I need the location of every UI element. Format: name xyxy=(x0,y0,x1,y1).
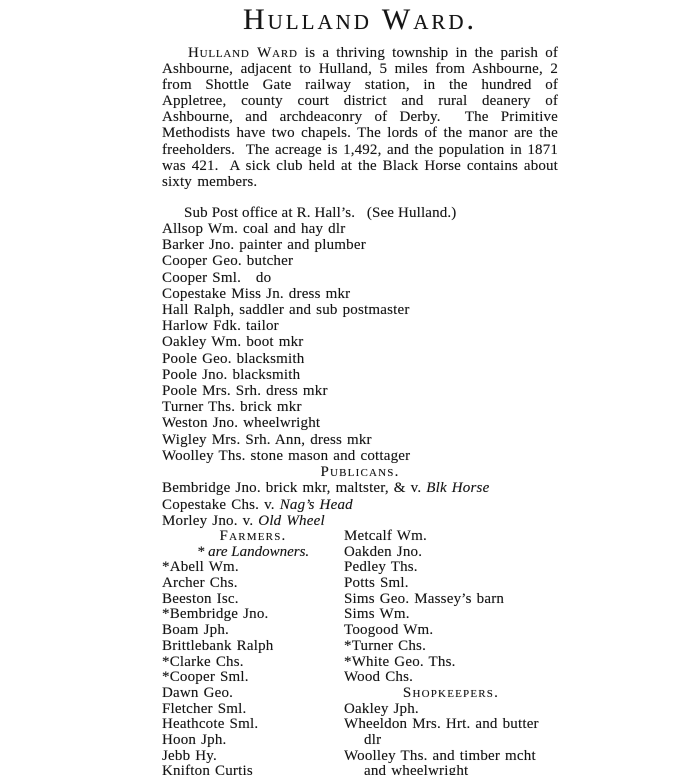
farmer-entry: Boam Jph. xyxy=(162,623,344,639)
publican-house: Blk Horse xyxy=(426,480,489,496)
intro-paragraph: Hulland Ward is a thriving township in t… xyxy=(162,45,558,190)
resident-entry: Cooper Sml. do xyxy=(162,270,558,286)
farmer-entry: Knifton Curtis xyxy=(162,764,344,775)
shopkeeper-entry: Oakley Jph. xyxy=(344,702,558,718)
farmer-entry: Potts Sml. xyxy=(344,576,558,592)
farmer-entry: Sims Geo. Massey’s barn xyxy=(344,592,558,608)
resident-entry: Wigley Mrs. Srh. Ann, dress mkr xyxy=(162,432,558,448)
resident-entry: Poole Geo. blacksmith xyxy=(162,351,558,367)
resident-entry: Cooper Geo. butcher xyxy=(162,253,558,269)
publican-house: Nag’s Head xyxy=(280,497,353,513)
farmer-entry: Dawn Geo. xyxy=(162,686,344,702)
shopkeeper-entry: Woolley Ths. and timber mcht and wheelwr… xyxy=(344,749,558,775)
shopkeeper-entry: Wheeldon Mrs. Hrt. and butter dlr xyxy=(344,717,558,748)
residents-list: Allsop Wm. coal and hay dlr Barker Jno. … xyxy=(162,221,558,464)
publicans-heading: Publicans. xyxy=(162,464,558,480)
publicans-list: Bembridge Jno. brick mkr, maltster, & v.… xyxy=(162,480,558,529)
resident-entry: Woolley Ths. stone mason and cottager xyxy=(162,448,558,464)
farmer-entry: *Clarke Chs. xyxy=(162,655,344,671)
farmer-entry: *Abell Wm. xyxy=(162,560,344,576)
page-content: Hulland Ward. Hulland Ward is a thriving… xyxy=(162,0,558,775)
publican-text: Morley Jno. v. xyxy=(162,513,258,529)
publican-entry: Morley Jno. v. Old Wheel xyxy=(162,513,558,529)
resident-entry: Harlow Fdk. tailor xyxy=(162,318,558,334)
farmer-entry: Wood Chs. xyxy=(344,670,558,686)
farmer-entry: Jebb Hy. xyxy=(162,749,344,765)
farmer-entry: *White Geo. Ths. xyxy=(344,655,558,671)
farmers-column-left: Farmers. * are Landowners. *Abell Wm. Ar… xyxy=(162,529,344,775)
resident-entry: Oakley Wm. boot mkr xyxy=(162,334,558,350)
farmer-entry: Oakden Jno. xyxy=(344,545,558,561)
resident-entry: Weston Jno. wheelwright xyxy=(162,415,558,431)
publican-house: Old Wheel xyxy=(258,513,325,529)
farmer-entry: *Bembridge Jno. xyxy=(162,607,344,623)
farmer-entry: Heathcote Sml. xyxy=(162,717,344,733)
farmer-entry: Beeston Isc. xyxy=(162,592,344,608)
post-office-line: Sub Post office at R. Hall’s. (See Hulla… xyxy=(162,205,558,221)
landowners-note: * are Landowners. xyxy=(162,545,344,561)
farmer-entry: Brittlebank Ralph xyxy=(162,639,344,655)
farmers-heading: Farmers. xyxy=(162,529,344,545)
page-title: Hulland Ward. xyxy=(162,3,558,37)
two-column-section: Farmers. * are Landowners. *Abell Wm. Ar… xyxy=(162,529,558,775)
scanned-directory-page: Hulland Ward. Hulland Ward is a thriving… xyxy=(0,0,700,775)
intro-lead: Hulland Ward xyxy=(188,45,298,61)
publican-text: Copestake Chs. v. xyxy=(162,497,280,513)
farmer-entry: Archer Chs. xyxy=(162,576,344,592)
resident-entry: Poole Jno. blacksmith xyxy=(162,367,558,383)
shopkeepers-heading: Shopkeepers. xyxy=(344,686,558,702)
farmers-column-right: Metcalf Wm. Oakden Jno. Pedley Ths. Pott… xyxy=(344,529,558,775)
farmer-entry: Toogood Wm. xyxy=(344,623,558,639)
publican-entry: Bembridge Jno. brick mkr, maltster, & v.… xyxy=(162,480,558,496)
publican-text: Bembridge Jno. brick mkr, maltster, & v. xyxy=(162,480,426,496)
resident-entry: Turner Ths. brick mkr xyxy=(162,399,558,415)
farmer-entry: Pedley Ths. xyxy=(344,560,558,576)
resident-entry: Hall Ralph, saddler and sub postmaster xyxy=(162,302,558,318)
farmer-entry: Hoon Jph. xyxy=(162,733,344,749)
resident-entry: Poole Mrs. Srh. dress mkr xyxy=(162,383,558,399)
resident-entry: Barker Jno. painter and plumber xyxy=(162,237,558,253)
farmer-entry: Fletcher Sml. xyxy=(162,702,344,718)
intro-body: is a thriving township in the parish of … xyxy=(162,45,558,190)
farmer-entry: *Turner Chs. xyxy=(344,639,558,655)
farmer-entry: *Cooper Sml. xyxy=(162,670,344,686)
farmer-entry: Metcalf Wm. xyxy=(344,529,558,545)
resident-entry: Copestake Miss Jn. dress mkr xyxy=(162,286,558,302)
publican-entry: Copestake Chs. v. Nag’s Head xyxy=(162,497,558,513)
resident-entry: Allsop Wm. coal and hay dlr xyxy=(162,221,558,237)
farmer-entry: Sims Wm. xyxy=(344,607,558,623)
